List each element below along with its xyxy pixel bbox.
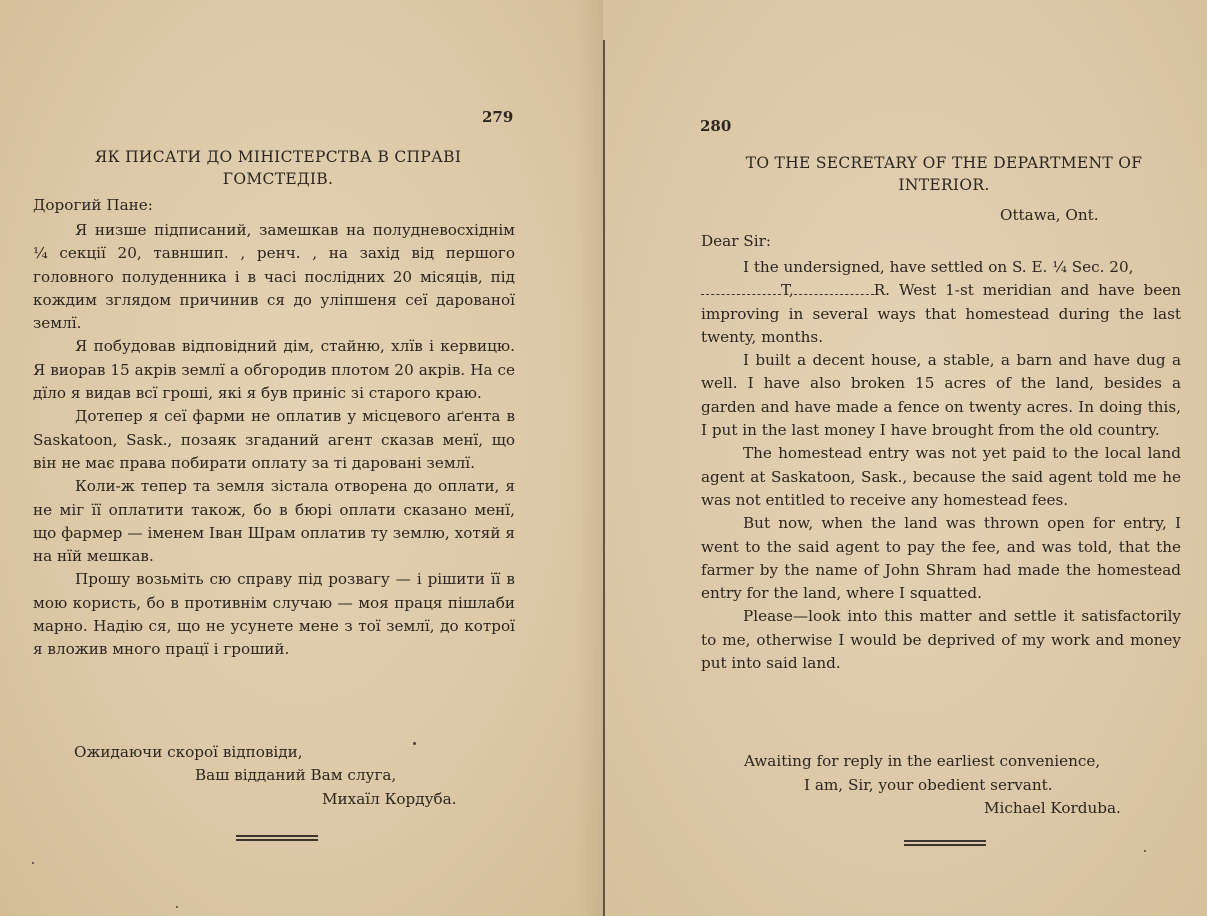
paper-speck [413, 742, 416, 745]
letter-heading: TO THE SECRETARY OF THE DEPARTMENT OF IN… [699, 152, 1189, 196]
closing-line: Ожидаючи скорої відповіди, [74, 741, 303, 764]
paper-speck [32, 862, 34, 864]
page-number: 280 [700, 117, 731, 135]
signature: Michael Korduba. [984, 797, 1121, 820]
letter-place: Ottawa, Ont. [1000, 206, 1099, 224]
book-gutter [603, 40, 605, 916]
paragraph: But now, when the land was thrown open f… [701, 512, 1181, 605]
left-page: 279 ЯК ПИСАТИ ДО МІНІСТЕРСТВА В СПРАВІ Г… [0, 0, 604, 916]
blank-field-range [794, 282, 874, 295]
double-rule-divider [904, 840, 986, 846]
closing-line: Awaiting for reply in the earliest conve… [744, 750, 1100, 773]
heading-line: TO THE SECRETARY OF THE DEPARTMENT OF [699, 152, 1189, 174]
signature: Михаїл Кордуба. [322, 788, 457, 811]
blank-field-township [701, 282, 781, 295]
paper-speck [1144, 850, 1146, 852]
salutation: Dear Sir: [701, 232, 771, 250]
double-rule-divider [236, 835, 318, 841]
salutation: Дорогий Пане: [33, 196, 153, 214]
township-label: T, [781, 281, 794, 299]
paragraph: I built a decent house, a stable, a barn… [701, 349, 1181, 442]
book-spread: 279 ЯК ПИСАТИ ДО МІНІСТЕРСТВА В СПРАВІ Г… [0, 0, 1207, 916]
paragraph: Прошу возьміть сю справу під розвагу — і… [33, 568, 515, 661]
paragraph-text: I the undersigned, have settled on S. E.… [743, 258, 1133, 276]
paragraph: Дотепер я сеї фарми не оплатив у місцево… [33, 405, 515, 475]
letter-heading: ЯК ПИСАТИ ДО МІНІСТЕРСТВА В СПРАВІ ГОМСТ… [40, 146, 516, 190]
page-number: 279 [482, 108, 513, 126]
paragraph: The homestead entry was not yet paid to … [701, 442, 1181, 512]
right-page: 280 TO THE SECRETARY OF THE DEPARTMENT O… [604, 0, 1207, 916]
gutter-shadow [575, 0, 603, 916]
paragraph: Please—look into this matter and settle … [701, 605, 1181, 675]
paragraph: I the undersigned, have settled on S. E.… [701, 256, 1181, 349]
paragraph: Я низше підписаний, замешкав на полуднев… [33, 219, 515, 335]
paragraph: Я побудовав відповідний дім, стайню, хлї… [33, 335, 515, 405]
heading-line: INTERIOR. [699, 174, 1189, 196]
heading-line: ЯК ПИСАТИ ДО МІНІСТЕРСТВА В СПРАВІ [40, 146, 516, 168]
closing-line: Ваш відданий Вам слуга, [195, 764, 396, 787]
letter-body: Я низше підписаний, замешкав на полуднев… [33, 219, 515, 662]
paper-speck [176, 906, 178, 908]
paragraph: Коли-ж тепер та земля зістала отворена д… [33, 475, 515, 568]
closing-line: I am, Sir, your obedient servant. [804, 774, 1053, 797]
heading-line: ГОМСТЕДІВ. [40, 168, 516, 190]
letter-body: I the undersigned, have settled on S. E.… [701, 256, 1181, 675]
